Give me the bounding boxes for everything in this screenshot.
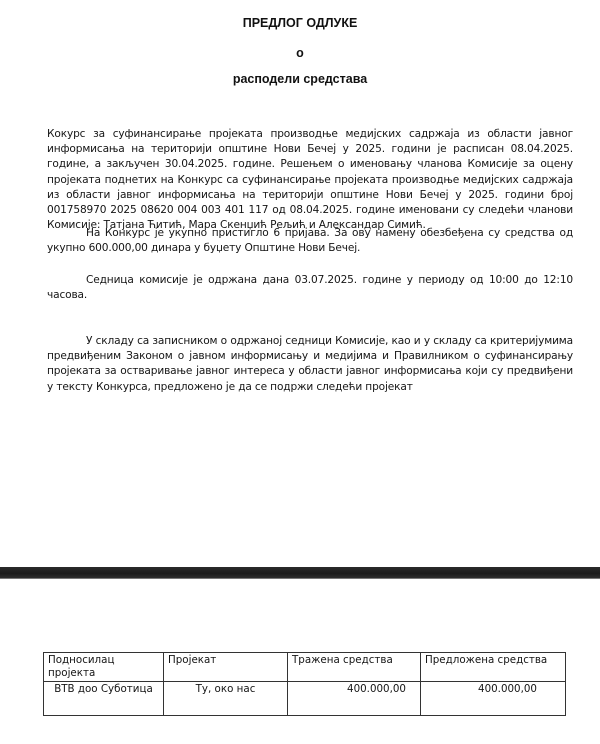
cell-proposed-funds: 400.000,00	[421, 682, 566, 716]
header-project: Пројекат	[164, 653, 288, 682]
cell-project: Ту, око нас	[164, 682, 288, 716]
document-subtitle: расподели средстава	[0, 72, 600, 86]
document-title: ПРЕДЛОГ ОДЛУКЕ	[0, 16, 600, 30]
table-row: ВТВ доо Суботица Ту, око нас 400.000,00 …	[44, 682, 566, 716]
document-title-connector: о	[0, 46, 600, 60]
cell-requested-funds: 400.000,00	[288, 682, 421, 716]
header-requested-funds: Тражена средства	[288, 653, 421, 682]
header-proposed-funds: Предложена средства	[421, 653, 566, 682]
paragraph-session: Седница комисије је одржана дана 03.07.2…	[47, 273, 573, 303]
paragraph-applications: На Конкурс је укупно пристигло 6 пријава…	[47, 226, 573, 256]
page-break-divider	[0, 567, 600, 579]
paragraph-proposal: У складу са записником о одржаној седниц…	[47, 334, 573, 395]
project-table: Подносилац пројекта Пројекат Тражена сре…	[43, 652, 566, 716]
paragraph-competition-info: Кокурс за суфинансирање пројеката произв…	[47, 127, 573, 233]
header-applicant: Подносилац пројекта	[44, 653, 164, 682]
table-header-row: Подносилац пројекта Пројекат Тражена сре…	[44, 653, 566, 682]
cell-applicant: ВТВ доо Суботица	[44, 682, 164, 716]
